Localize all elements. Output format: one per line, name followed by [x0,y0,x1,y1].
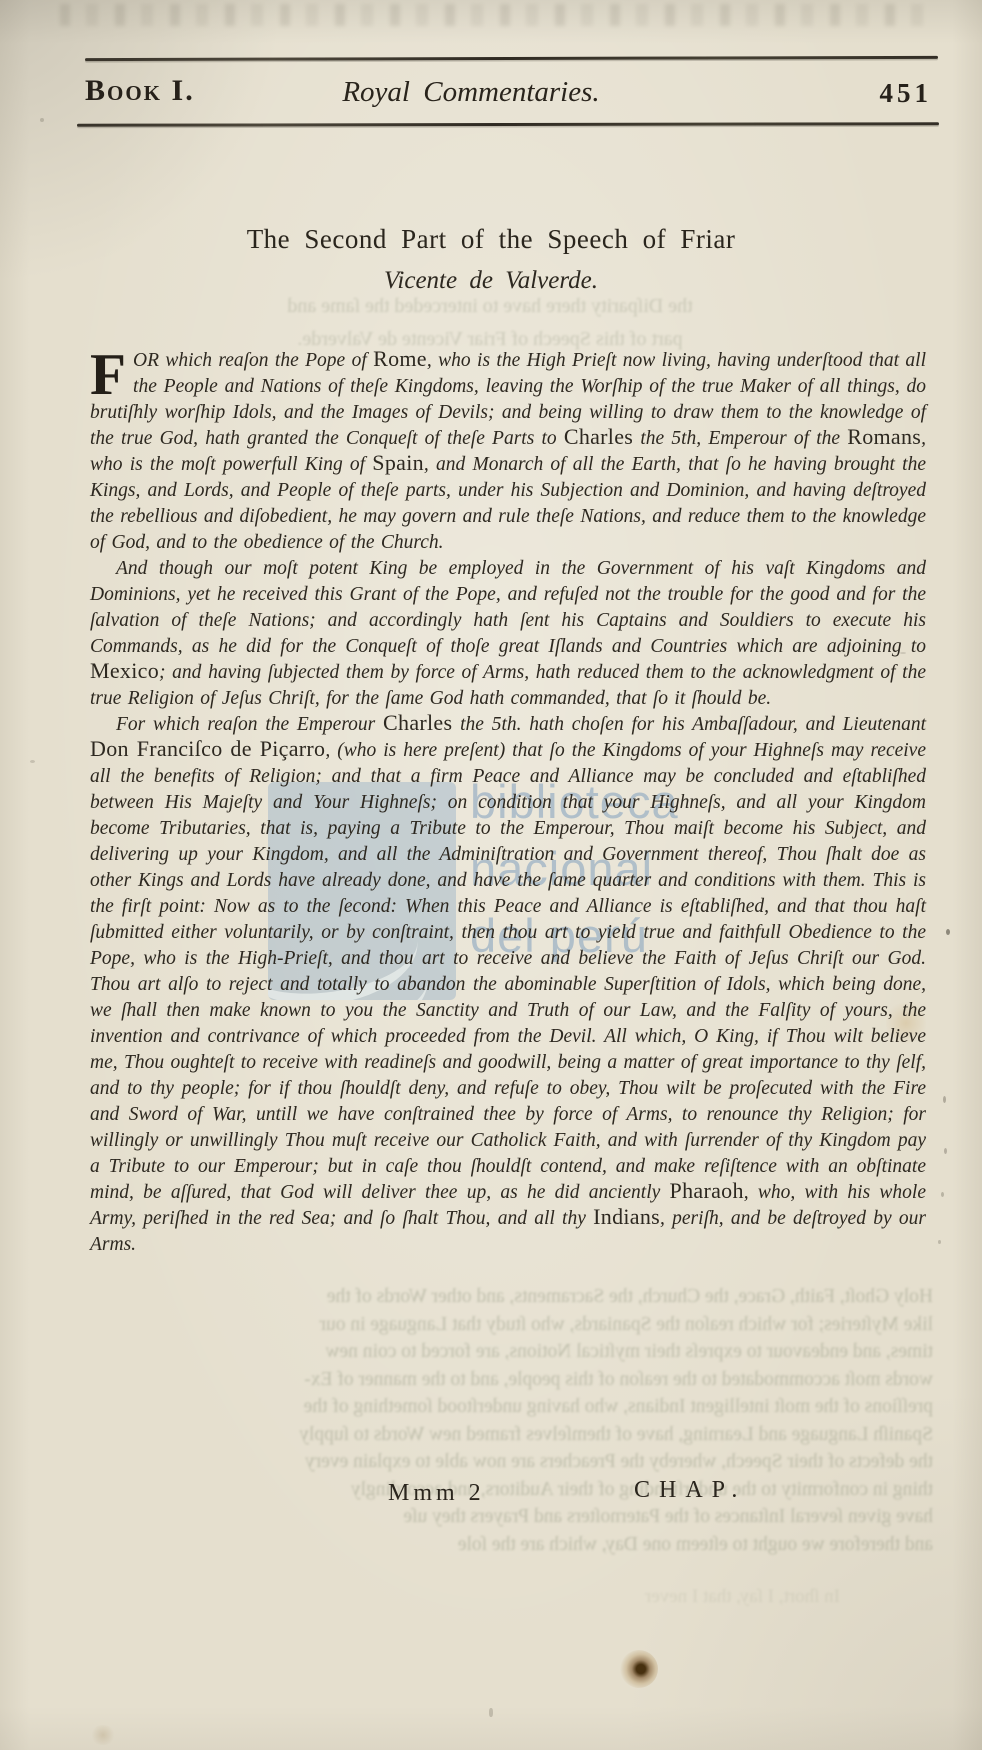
text-run: And though our moſt potent King be emplo… [90,558,926,657]
paragraph: FOR which reaſon the Pope of Rome, who i… [90,348,926,556]
paragraph: And though our moſt potent King be emplo… [90,556,926,712]
text-run: For which reaſon the Emperour [116,714,383,735]
running-title: Royal Commentaries. [0,76,962,109]
paper-speck [30,760,35,763]
proper-noun: Romans [847,424,921,449]
showthrough-line: the defects of their Speech, whereby the… [85,1448,933,1476]
text-run: ; and having ſubjected them by force of … [90,662,926,709]
body-text: FOR which reaſon the Pope of Rome, who i… [90,348,926,1258]
page-edge-showthrough [60,4,940,26]
text-run: the 5th. hath choſen for his Ambaſſadour… [452,714,926,735]
text-run: the 5th, Emperour of the [633,428,847,449]
signature-mark: Mmm 2 [388,1480,485,1507]
paper-speck [944,1148,947,1154]
proper-noun: Pharaoh [670,1178,744,1203]
showthrough-line: Holy Ghoſt, Faith, Grace, the Church, th… [85,1283,933,1311]
ink-blot [620,1650,658,1688]
paragraph: For which reaſon the Emperour Charles th… [90,712,926,1258]
header-rule-top [85,56,938,61]
paper-stain [90,1725,116,1745]
proper-noun: Indians [593,1204,660,1229]
showthrough-text-top: the Diſparity there have to interceded t… [95,290,885,356]
paper-speck [941,1192,944,1197]
showthrough-text-faint: In ſhort, I ſay, that I never [140,1586,840,1608]
showthrough-line: thing in conformity to the underſtanding… [85,1476,933,1504]
section-title: The Second Part of the Speech of Friar [0,224,982,255]
showthrough-line: like Myſteries; for which reaſon the Spa… [85,1311,933,1339]
proper-noun: Charles [564,424,633,449]
paper-speck [489,1708,493,1717]
showthrough-line: and therefore we ought to eſteem one Day… [85,1531,933,1559]
page-number: 451 [880,78,933,109]
paper-speck [40,118,44,122]
drop-cap: F [90,348,133,397]
showthrough-line: times, and endeavour to expreſs their my… [85,1338,933,1366]
showthrough-line: words moſt accommodated to the reaſon of… [85,1366,933,1394]
proper-noun: Charles [383,710,452,735]
header-rule-bottom [77,122,939,126]
text-run: OR which reaſon the Pope of [133,350,373,371]
paper-speck [943,1096,946,1103]
showthrough-line: the Diſparity there have to interceded t… [95,290,885,323]
proper-noun: Mexico [90,658,159,683]
catchword: CHAP. [634,1477,746,1504]
showthrough-line: Spaniſh Language and Learning, have of t… [85,1421,933,1449]
text-run: , (who is here preſent) that ſo the King… [90,740,926,1203]
showthrough-text-bottom: Holy Ghoſt, Faith, Grace, the Church, th… [85,1283,933,1558]
showthrough-line: preſſions of the moſt intelligent Indian… [85,1393,933,1421]
paper-speck [938,1240,941,1244]
book-page-scan: Book I. Royal Commentaries. 451 The Seco… [0,0,982,1750]
paper-speck [946,929,950,935]
showthrough-line: have given ſeveral Inſtances of the Pate… [85,1503,933,1531]
proper-noun: Spain [372,450,424,475]
proper-noun: Don Franciſco de Piçarro [90,736,325,761]
proper-noun: Rome [373,346,427,371]
